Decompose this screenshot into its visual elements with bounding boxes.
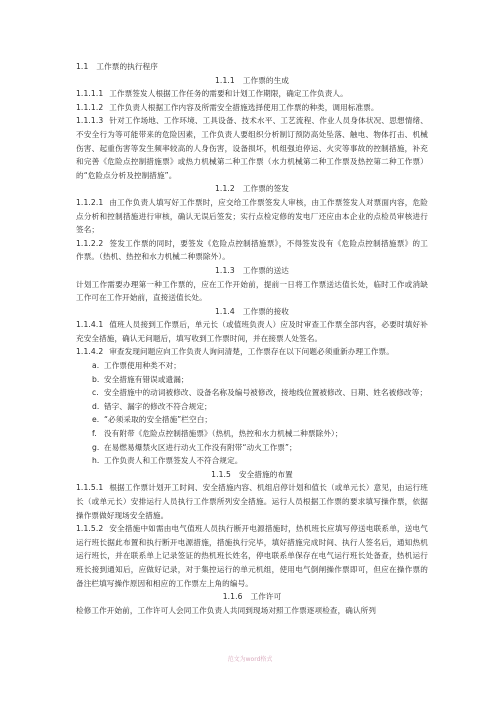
list-item: f.没有附带《危险点控制措施票》（热机，热控和水力机械二种票除外）；: [76, 427, 428, 441]
list-item: d.错字、漏字的修改不符合规定；: [76, 400, 428, 414]
list-marker: e.: [92, 413, 104, 427]
list-item-text: 没有附带《危险点控制措施票》（热机，热控和水力机械二种票除外）；: [104, 429, 343, 438]
paragraph: 1.1.5.1根据工作票计划开工时间、安全措施内容、机组启停计划和值长（或单元长…: [76, 481, 428, 522]
list-marker: g.: [92, 441, 104, 455]
subsection-number: 1.1.6: [223, 592, 243, 601]
paragraph: 1.1.1.3针对工作场地、工作环境、工具设备、技术水平、工艺流程、作业人员身体…: [76, 114, 428, 182]
paragraph-number: 1.1.5.1: [76, 483, 103, 492]
paragraph: 1.1.4.1值班人员接到工作票后，单元长（或值班负责人）应及时审查工作票全部内…: [76, 318, 428, 345]
list-marker: h.: [92, 454, 104, 468]
paragraph-text: 安全措施中如需由电气值班人员执行断开电源措施时，热机班长应填写停送电联系单，送电…: [76, 524, 428, 587]
subsection-heading: 1.1.3工作票的送达: [76, 264, 428, 278]
paragraph-text: 工作票签发人根据工作任务的需要和计划工作期限，确定工作负责人。: [109, 89, 348, 98]
list-item: b.安全措施有错误或遗漏；: [76, 373, 428, 387]
list-item-text: 在易燃易爆禁火区进行动火工作没有附带“动火工作票”；: [104, 443, 297, 452]
subsection-heading: 1.1.2工作票的签发: [76, 182, 428, 196]
list-marker: a.: [92, 359, 104, 373]
paragraph-text: 检修工作开始前，工作许可人会同工作负责人共同到现场对照工作票逐项检查，确认所列: [76, 606, 376, 615]
list-item: c.安全措施中的动词被修改、设备名称及编号被修改，接地线位置被修改、日期、姓名被…: [76, 386, 428, 400]
list-item-text: “必须采取的安全措施”栏空白；: [104, 415, 212, 424]
subsection-title: 工作票的送达: [243, 266, 289, 275]
subsection-number: 1.1.3: [215, 266, 235, 275]
paragraph-number: 1.1.2.1: [76, 198, 103, 207]
paragraph-text: 审查发现问题应向工作负责人询问清楚，工作票存在以下问题必须重新办理工作票。: [109, 347, 394, 356]
list-item-text: 安全措施中的动词被修改、设备名称及编号被修改，接地线位置被修改、日期、姓名被修改…: [104, 388, 427, 397]
subsection-number: 1.1.1: [215, 76, 235, 85]
list-marker: d.: [92, 400, 104, 414]
list-marker: f.: [92, 427, 104, 441]
list-item-text: 安全措施有错误或遗漏；: [104, 375, 189, 384]
subsection-title: 安全措施的布置: [239, 470, 293, 479]
paragraph: 1.1.4.2审查发现问题应向工作负责人询问清楚，工作票存在以下问题必须重新办理…: [76, 345, 428, 359]
paragraph-number: 1.1.1.1: [76, 89, 103, 98]
paragraph-text: 工作负责人根据工作内容及所需安全措施选择使用工作票的种类，调用标准票。: [109, 103, 378, 112]
subsection-title: 工作许可: [251, 592, 282, 601]
paragraph: 1.1.5.2安全措施中如需由电气值班人员执行断开电源措施时，热机班长应填写停送…: [76, 522, 428, 590]
paragraph-number: 1.1.5.2: [76, 524, 103, 533]
subsection-title: 工作票的签发: [243, 184, 289, 193]
paragraph-number: 1.1.1.3: [76, 116, 103, 125]
subsection-heading: 1.1.4工作票的接收: [76, 305, 428, 319]
paragraph-text: 值班人员接到工作票后，单元长（或值班负责人）应及时审查工作票全部内容，必要时填好…: [76, 320, 428, 343]
paragraph-text: 签发工作票的同时，要签发《危险点控制措施票》，不得签发没有《危险点控制措施票》的…: [76, 239, 428, 262]
paragraph-text: 由工作负责人填写好工作票时，应交给工作票签发人审核，由工作票签发人对票面内容，危…: [76, 198, 428, 234]
list-item-text: 错字、漏字的修改不符合规定；: [104, 402, 212, 411]
paragraph-number: 1.1.4.1: [76, 320, 103, 329]
paragraph: 1.1.1.1工作票签发人根据工作任务的需要和计划工作期限，确定工作负责人。: [76, 87, 428, 101]
subsection-heading: 1.1.1工作票的生成: [76, 74, 428, 88]
section-heading: 1.1工作票的执行程序: [76, 60, 428, 74]
list-item-text: 工作票使用种类不对；: [104, 361, 181, 370]
section-title: 工作票的执行程序: [96, 62, 158, 71]
subsection-number: 1.1.4: [215, 307, 235, 316]
list-marker: c.: [92, 386, 104, 400]
subsection-number: 1.1.5: [211, 470, 231, 479]
paragraph: 1.1.1.2工作负责人根据工作内容及所需安全措施选择使用工作票的种类，调用标准…: [76, 101, 428, 115]
subsection-heading: 1.1.5安全措施的布置: [76, 468, 428, 482]
document-content: 1.1工作票的执行程序 1.1.1工作票的生成 1.1.1.1工作票签发人根据工…: [76, 60, 428, 617]
list-item: a.工作票使用种类不对；: [76, 359, 428, 373]
subsection-heading: 1.1.6工作许可: [76, 590, 428, 604]
subsection-number: 1.1.2: [215, 184, 235, 193]
list-item: e.“必须采取的安全措施”栏空白；: [76, 413, 428, 427]
list-item: h.工作负责人和工作票签发人不符合规定。: [76, 454, 428, 468]
list-item: g.在易燃易爆禁火区进行动火工作没有附带“动火工作票”；: [76, 441, 428, 455]
paragraph-text: 计划工作需要办理第一种工作票的，应在工作开始前，提前一日将工作票送达值长处，临时…: [76, 280, 428, 303]
paragraph-number: 1.1.2.2: [76, 239, 103, 248]
paragraph: 1.1.2.1由工作负责人填写好工作票时，应交给工作票签发人审核，由工作票签发人…: [76, 196, 428, 237]
paragraph-text: 根据工作票计划开工时间、安全措施内容、机组启停计划和值长（或单元长）意见，由运行…: [76, 483, 428, 519]
paragraph: 计划工作需要办理第一种工作票的，应在工作开始前，提前一日将工作票送达值长处，临时…: [76, 278, 428, 305]
section-number: 1.1: [76, 62, 88, 71]
list-marker: b.: [92, 373, 104, 387]
paragraph-text: 针对工作场地、工作环境、工具设备、技术水平、工艺流程、作业人员身体状况、思想情绪…: [76, 116, 428, 179]
paragraph-number: 1.1.1.2: [76, 103, 103, 112]
list-item-text: 工作负责人和工作票签发人不符合规定。: [104, 456, 243, 465]
footer-watermark: 范文为word格式: [0, 654, 500, 663]
paragraph: 检修工作开始前，工作许可人会同工作负责人共同到现场对照工作票逐项检查，确认所列: [76, 604, 428, 618]
paragraph: 1.1.2.2签发工作票的同时，要签发《危险点控制措施票》，不得签发没有《危险点…: [76, 237, 428, 264]
subsection-title: 工作票的接收: [243, 307, 289, 316]
subsection-title: 工作票的生成: [243, 76, 289, 85]
document-page: 1.1工作票的执行程序 1.1.1工作票的生成 1.1.1.1工作票签发人根据工…: [0, 0, 500, 706]
paragraph-number: 1.1.4.2: [76, 347, 103, 356]
